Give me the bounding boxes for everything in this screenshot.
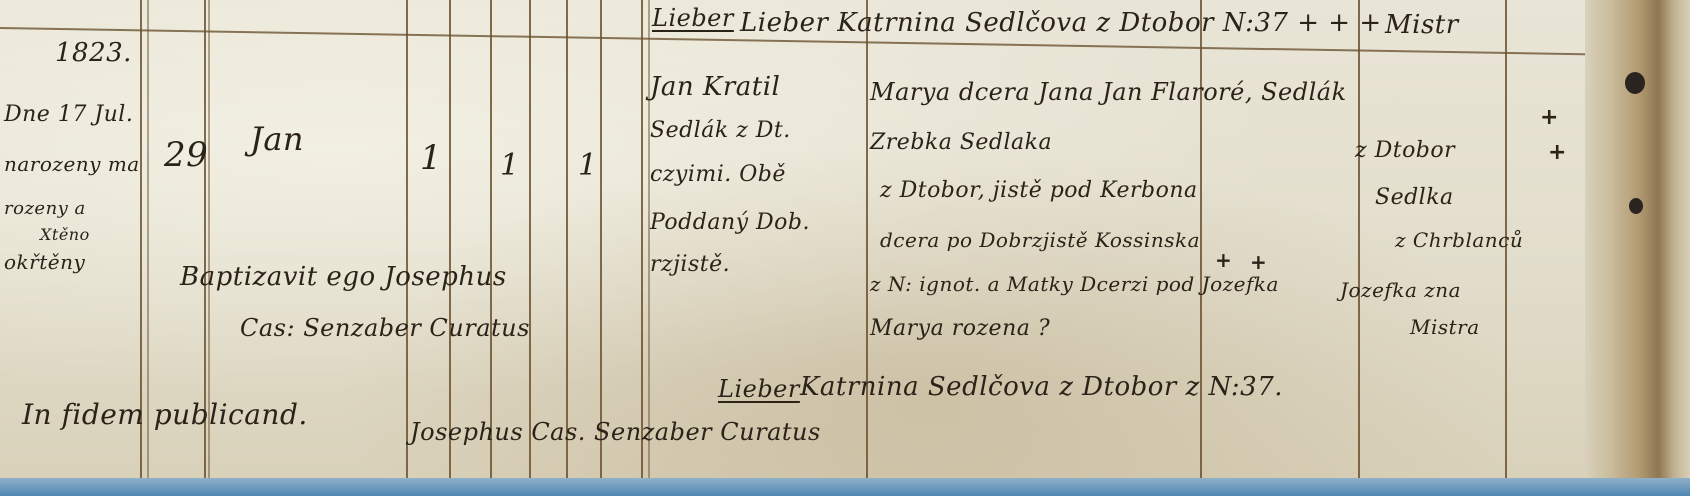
tally-mark: 1 <box>420 138 442 178</box>
tally-mark: 1 <box>500 148 520 183</box>
mother-line: Marya rozena ? <box>870 316 1050 341</box>
column-rule <box>566 0 568 478</box>
grandparent-line: Sedlka <box>1375 185 1454 210</box>
column-rule <box>1358 0 1360 478</box>
date-line: okřtěny <box>4 250 85 274</box>
column-rule <box>641 0 643 478</box>
godparent-cross: + <box>1548 140 1566 165</box>
column-rule <box>1200 0 1202 478</box>
midwife-label-top: Lieber <box>652 4 734 32</box>
godparent-cross: + <box>1250 250 1267 274</box>
mother-line: z Dtobor, jistě pod Kerbona <box>880 178 1198 203</box>
tally-mark: 1 <box>578 148 598 183</box>
book-binding <box>1585 0 1690 478</box>
baptizer-line: Baptizavit ego Josephus <box>180 262 507 292</box>
grandparent-line: Mistra <box>1410 315 1480 339</box>
column-rule <box>600 0 602 478</box>
father-line: rzjistě. <box>650 252 730 277</box>
column-rule <box>406 0 408 478</box>
mother-line: z N: ignot. a Matky Dcerzi pod Jozefka <box>870 272 1279 296</box>
entry-year: 1823. <box>55 38 132 68</box>
binding-hole <box>1625 72 1645 94</box>
godparent-cross: + <box>1215 248 1232 272</box>
date-line: rozeny a <box>4 198 86 219</box>
column-rule <box>529 0 531 478</box>
midwife-line-top: Lieber Katrnina Sedlčova z Dtobor N:37 +… <box>740 8 1382 38</box>
father-line: Sedlák z Dt. <box>650 118 791 143</box>
date-line: Dne 17 Jul. <box>4 102 133 127</box>
column-rule <box>449 0 451 478</box>
column-rule <box>490 0 492 478</box>
background-surface <box>0 478 1690 496</box>
mother-line: Marya dcera Jana Jan Flaroré, Sedlák <box>870 78 1347 106</box>
grandparent-line: Jozefka zna <box>1340 278 1461 302</box>
midwife-line: Katrnina Sedlčova z Dtobor z N:37. <box>800 372 1283 402</box>
binding-hole <box>1629 198 1643 214</box>
father-line: czyimi. Obě <box>650 162 786 187</box>
father-line: Poddaný Dob. <box>650 210 810 235</box>
grandparent-line: z Dtobor <box>1355 138 1455 163</box>
grandparent-line: z Chrblanců <box>1395 228 1523 252</box>
mother-line: Zrebka Sedlaka <box>870 130 1052 155</box>
mother-line: dcera po Dobrzjistě Kossinska <box>880 228 1200 252</box>
register-page: Lieber Lieber Katrnina Sedlčova z Dtobor… <box>0 0 1690 496</box>
witness-line: In fidem publicand. <box>22 398 308 431</box>
date-line: narozeny ma <box>4 152 140 176</box>
child-name: Jan <box>250 120 304 158</box>
father-line: Jan Kratil <box>650 72 780 102</box>
baptizer-line: Cas: Senzaber Curatus <box>240 314 530 342</box>
date-line: Xtěno <box>40 225 90 244</box>
note-top-right: Mistr <box>1385 10 1459 40</box>
column-rule <box>866 0 868 478</box>
house-number: 29 <box>164 135 208 175</box>
godparent-cross: + <box>1540 105 1558 130</box>
midwife-label: Lieber <box>718 375 800 403</box>
witness-signature: Josephus Cas. Senzaber Curatus <box>410 418 821 446</box>
